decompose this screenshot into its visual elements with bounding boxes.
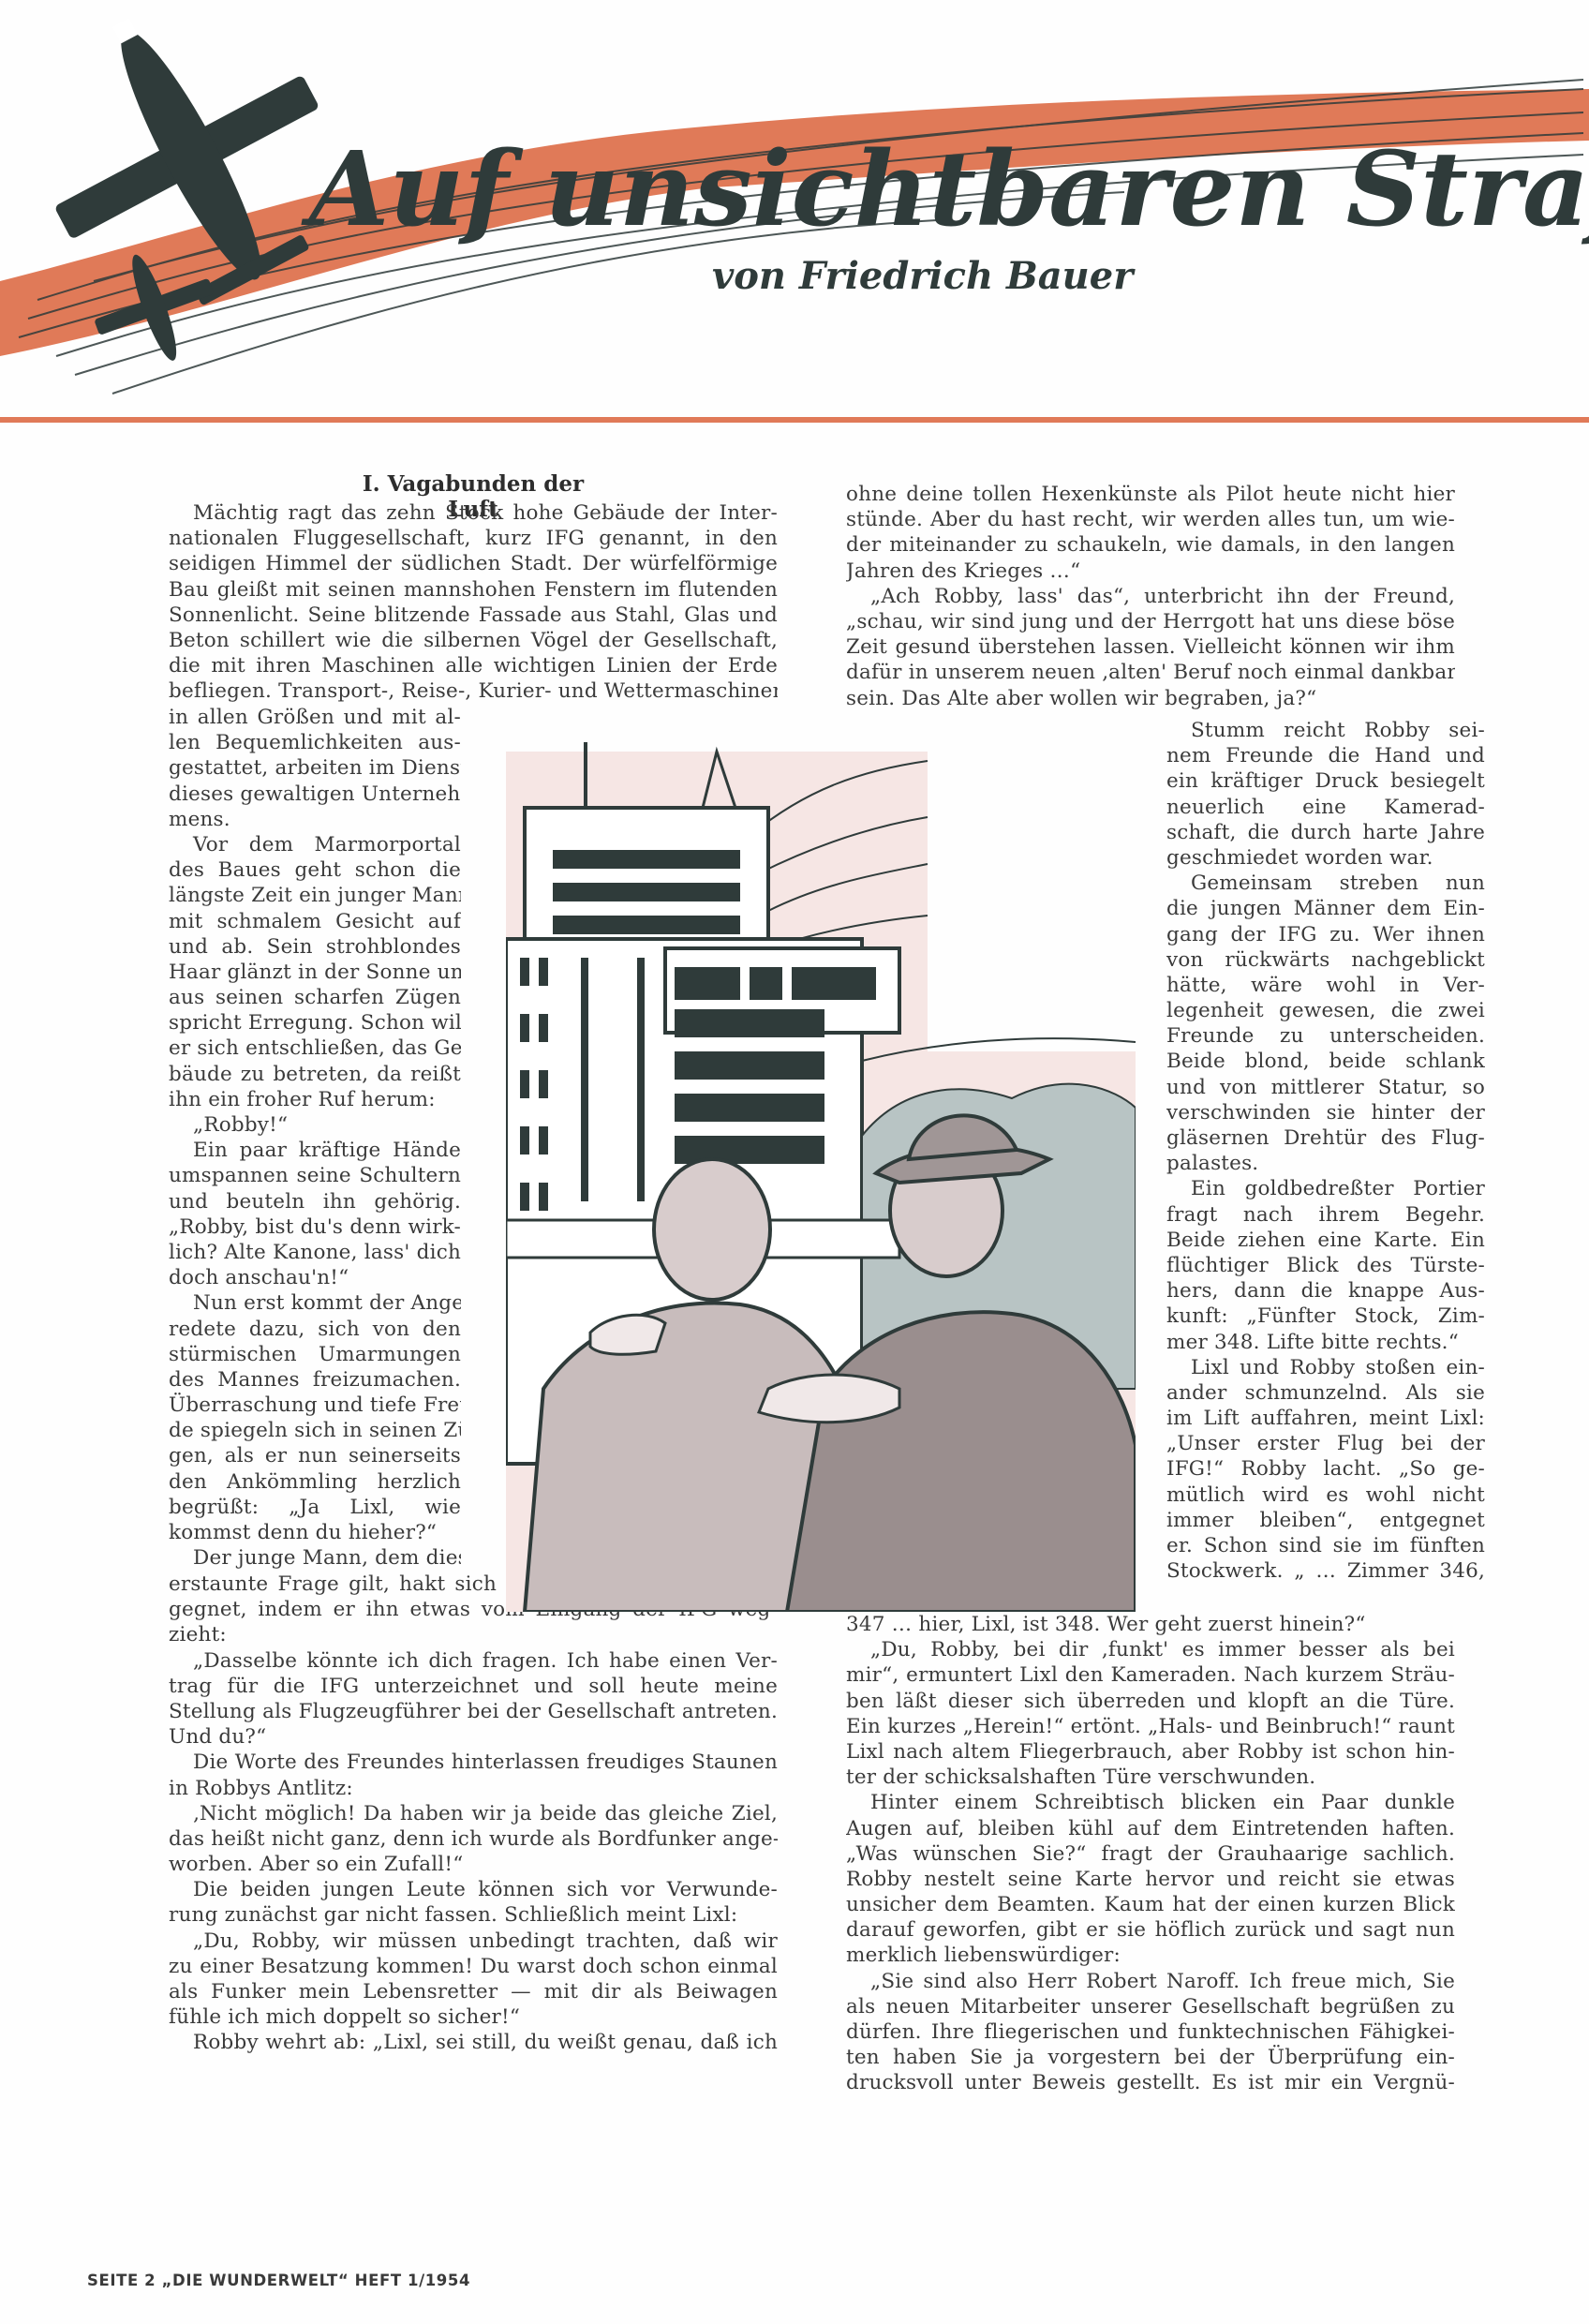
header-divider <box>0 417 1589 423</box>
text-line: Jahren des Krieges …“ <box>846 559 1455 584</box>
text-line: dürfen. Ihre fliegerischen und funktechn… <box>846 2019 1455 2045</box>
text-line: des Baues geht schon die <box>169 857 461 883</box>
text-line: „Was wünschen Sie?“ fragt der Grauhaarig… <box>846 1841 1455 1867</box>
text-line: rung zunächst gar nicht fassen. Schließl… <box>169 1902 778 1928</box>
text-line: Ein goldbedreßter Portier <box>1166 1176 1485 1201</box>
text-line: von rückwärts nachgeblickt <box>1166 947 1485 973</box>
text-line: ohne deine tollen Hexenkünste als Pilot … <box>846 482 1455 507</box>
text-line: unsicher dem Beamten. Kaum hat der einen… <box>846 1892 1455 1917</box>
text-line: Robby wehrt ab: „Lixl, sei still, du wei… <box>169 2030 778 2055</box>
text-line: Mächtig ragt das zehn Stock hohe Gebäude… <box>169 500 778 526</box>
text-line: längste Zeit ein junger Mann <box>169 883 461 908</box>
text-line: „Du, Robby, bei dir ‚funkt' es immer bes… <box>846 1637 1455 1662</box>
text-line: Ein kurzes „Herein!“ ertönt. „Hals- und … <box>846 1714 1455 1739</box>
text-line: hers, dann die knappe Aus- <box>1166 1278 1485 1304</box>
text-line: Vor dem Marmorportal <box>169 832 461 857</box>
text-line: Beton schillert wie die silbernen Vögel … <box>169 628 778 653</box>
story-illustration <box>506 733 1136 1612</box>
text-line: neuerlich eine Kamerad- <box>1166 795 1485 820</box>
text-line: Lixl nach altem Fliegerbrauch, aber Robb… <box>846 1739 1455 1765</box>
text-line: Nun erst kommt der Ange- <box>169 1290 461 1316</box>
text-line: merklich liebenswürdiger: <box>846 1943 1455 1968</box>
text-line: kunft: „Fünfter Stock, Zim- <box>1166 1304 1485 1329</box>
text-line: Gemeinsam streben nun <box>1166 871 1485 896</box>
text-line: sein. Das Alte aber wollen wir begraben,… <box>846 686 1455 711</box>
text-line: Haar glänzt in der Sonne und <box>169 960 461 985</box>
text-line: „Robby, bist du's denn wirk- <box>169 1214 461 1240</box>
text-line: mer 348. Lifte bitte rechts.“ <box>1166 1330 1485 1355</box>
text-line: ‚Nicht möglich! Da haben wir ja beide da… <box>169 1801 778 1826</box>
text-line: len Bequemlichkeiten aus- <box>169 730 461 755</box>
text-line: und beuteln ihn gehörig. <box>169 1189 461 1214</box>
text-line: ten haben Sie ja vorgestern bei der Über… <box>846 2045 1455 2070</box>
text-line: worben. Aber so ein Zufall!“ <box>169 1852 778 1877</box>
text-line: kommst denn du hieher?“ <box>169 1520 461 1545</box>
text-line: begrüßt: „Ja Lixl, wie <box>169 1495 461 1520</box>
right-column-narrow: Stumm reicht Robby sei- nem Freunde die … <box>1166 718 1485 1584</box>
text-line: ter der schicksalshaften Türe verschwund… <box>846 1765 1455 1790</box>
text-line: „schau, wir sind jung und der Herrgott h… <box>846 609 1455 634</box>
text-line: bäude zu betreten, da reißt <box>169 1062 461 1087</box>
text-line: ben läßt dieser sich überreden und klopf… <box>846 1689 1455 1714</box>
text-line: „Dasselbe könnte ich dich fragen. Ich ha… <box>169 1648 778 1674</box>
text-line: Die Worte des Freundes hinterlassen freu… <box>169 1750 778 1775</box>
text-line: spricht Erregung. Schon will <box>169 1010 461 1035</box>
text-line: geschmiedet worden war. <box>1166 845 1485 871</box>
text-line: Zeit gesund überstehen lassen. Vielleich… <box>846 634 1455 660</box>
text-line: Stellung als Flugzeugführer bei der Gese… <box>169 1699 778 1724</box>
text-line: dafür in unserem neuen ‚alten' Beruf noc… <box>846 660 1455 685</box>
text-line: er sich entschließen, das Ge- <box>169 1035 461 1061</box>
text-line: gang der IFG zu. Wer ihnen <box>1166 922 1485 947</box>
text-line: hätte, wäre wohl in Ver- <box>1166 973 1485 998</box>
text-line: trag für die IFG unterzeichnet und soll … <box>169 1674 778 1699</box>
right-column-top: ohne deine tollen Hexenkünste als Pilot … <box>846 482 1455 711</box>
text-line: Hinter einem Schreibtisch blicken ein Pa… <box>846 1790 1455 1815</box>
text-line: gläsernen Drehtür des Flug- <box>1166 1125 1485 1151</box>
left-column-top: Mächtig ragt das zehn Stock hohe Gebäude… <box>169 500 778 705</box>
text-line: schaft, die durch harte Jahre <box>1166 820 1485 845</box>
text-line: redete dazu, sich von den <box>169 1317 461 1342</box>
text-line: stünde. Aber du hast recht, wir werden a… <box>846 507 1455 532</box>
text-line: de spiegeln sich in seinen Zü- <box>169 1418 461 1443</box>
text-line: verschwinden sie hinter der <box>1166 1100 1485 1125</box>
text-line: 347 … hier, Lixl, ist 348. Wer geht zuer… <box>846 1612 1455 1637</box>
text-line: doch anschau'n!“ <box>169 1265 461 1290</box>
text-line: legenheit gewesen, die zwei <box>1166 998 1485 1023</box>
article-title: Auf unsichtbaren Straßen <box>301 128 1589 249</box>
text-line: aus seinen scharfen Zügen <box>169 985 461 1010</box>
text-line: drucksvoll unter Beweis gestellt. Es ist… <box>846 2070 1455 2095</box>
text-line: mir“, ermuntert Lixl den Kameraden. Nach… <box>846 1662 1455 1688</box>
text-line: lich? Alte Kanone, lass' dich <box>169 1240 461 1265</box>
text-line: seidigen Himmel der südlichen Stadt. Der… <box>169 551 778 576</box>
text-line: Ein paar kräftige Hände <box>169 1138 461 1163</box>
text-line: Überraschung und tiefe Freu- <box>169 1393 461 1418</box>
text-line: fühle ich mich doppelt so sicher!“ <box>169 2004 778 2030</box>
text-line: „Sie sind also Herr Robert Naroff. Ich f… <box>846 1969 1455 1994</box>
text-line: palastes. <box>1166 1151 1485 1176</box>
text-line: zu einer Besatzung kommen! Du warst doch… <box>169 1954 778 1979</box>
left-column-narrow: in allen Größen und mit al- len Bequemli… <box>169 705 461 1571</box>
title-banner: Auf unsichtbaren Straßen von Friedrich B… <box>0 0 1589 412</box>
text-line: Beide blond, beide schlank <box>1166 1049 1485 1074</box>
text-line: „Unser erster Flug bei der <box>1166 1431 1485 1456</box>
text-line: mit schmalem Gesicht auf <box>169 909 461 934</box>
text-line: zieht: <box>169 1622 778 1647</box>
text-line: nationalen Fluggesellschaft, kurz IFG ge… <box>169 526 778 551</box>
text-line: den Ankömmling herzlich <box>169 1469 461 1495</box>
text-line: ander schmunzelnd. Als sie <box>1166 1380 1485 1406</box>
text-line: ein kräftiger Druck besiegelt <box>1166 768 1485 794</box>
text-line: stürmischen Umarmungen <box>169 1342 461 1367</box>
text-line: befliegen. Transport-, Reise-, Kurier- u… <box>169 678 778 704</box>
text-line: immer bleiben“, entgegnet <box>1166 1508 1485 1533</box>
text-line: Der junge Mann, dem diese <box>169 1545 461 1571</box>
text-line: die mit ihren Maschinen alle wichtigen L… <box>169 653 778 678</box>
text-line: Freunde zu unterscheiden. <box>1166 1023 1485 1049</box>
text-line: mens. <box>169 807 461 832</box>
text-line: gestattet, arbeiten im Dienste <box>169 755 461 781</box>
text-line: Und du?“ <box>169 1724 778 1750</box>
text-line: Robby nestelt seine Karte hervor und rei… <box>846 1867 1455 1892</box>
text-line: Augen auf, bleiben kühl auf dem Eintrete… <box>846 1816 1455 1841</box>
text-line: Beide ziehen eine Karte. Ein <box>1166 1228 1485 1253</box>
text-line: in allen Größen und mit al- <box>169 705 461 730</box>
text-line: der miteinander zu schaukeln, wie damals… <box>846 532 1455 558</box>
text-line: IFG!“ Robby lacht. „So ge- <box>1166 1456 1485 1482</box>
text-line: er. Schon sind sie im fünften <box>1166 1533 1485 1558</box>
text-line: des Mannes freizumachen. <box>169 1367 461 1393</box>
text-line: darauf geworfen, gibt er sie höflich zur… <box>846 1917 1455 1943</box>
text-line: „Robby!“ <box>169 1112 461 1138</box>
page-footer: SEITE 2 „DIE WUNDERWELT“ HEFT 1/1954 <box>87 2272 470 2289</box>
text-line: die jungen Männer dem Ein- <box>1166 896 1485 921</box>
text-line: dieses gewaltigen Unterneh- <box>169 782 461 807</box>
text-line: als Funker mein Lebensretter — mit dir a… <box>169 1979 778 2004</box>
text-line: Bau gleißt mit seinen mannshohen Fenster… <box>169 577 778 603</box>
left-column-bottom: erstaunte Frage gilt, hakt sich bei Robb… <box>169 1572 778 2056</box>
text-line: mütlich wird es wohl nicht <box>1166 1482 1485 1508</box>
right-column-bottom: 347 … hier, Lixl, ist 348. Wer geht zuer… <box>846 1612 1455 2096</box>
text-line: als neuen Mitarbeiter unserer Gesellscha… <box>846 1994 1455 2019</box>
text-line: ihn ein froher Ruf herum: <box>169 1087 461 1112</box>
text-line: fragt nach ihrem Begehr. <box>1166 1202 1485 1228</box>
text-line: und ab. Sein strohblondes <box>169 934 461 960</box>
text-line: „Ach Robby, lass' das“, unterbricht ihn … <box>846 584 1455 609</box>
text-line: in Robbys Antlitz: <box>169 1776 778 1801</box>
text-line: Die beiden jungen Leute können sich vor … <box>169 1877 778 1902</box>
text-line: im Lift auffahren, meint Lixl: <box>1166 1406 1485 1431</box>
text-line: „Du, Robby, wir müssen unbedingt trachte… <box>169 1929 778 1954</box>
text-line: und von mittlerer Statur, so <box>1166 1075 1485 1100</box>
text-line: gen, als er nun seinerseits <box>169 1443 461 1468</box>
article-byline: von Friedrich Bauer <box>712 254 1136 298</box>
text-line: flüchtiger Blick des Türste- <box>1166 1253 1485 1278</box>
text-line: Lixl und Robby stoßen ein- <box>1166 1355 1485 1380</box>
text-line: das heißt nicht ganz, denn ich wurde als… <box>169 1826 778 1852</box>
text-line: Sonnenlicht. Seine blitzende Fassade aus… <box>169 603 778 628</box>
text-line: Stumm reicht Robby sei- <box>1166 718 1485 743</box>
text-line: Stockwerk. „ … Zimmer 346, <box>1166 1558 1485 1584</box>
text-line: nem Freunde die Hand und <box>1166 743 1485 768</box>
text-line: umspannen seine Schultern <box>169 1163 461 1188</box>
